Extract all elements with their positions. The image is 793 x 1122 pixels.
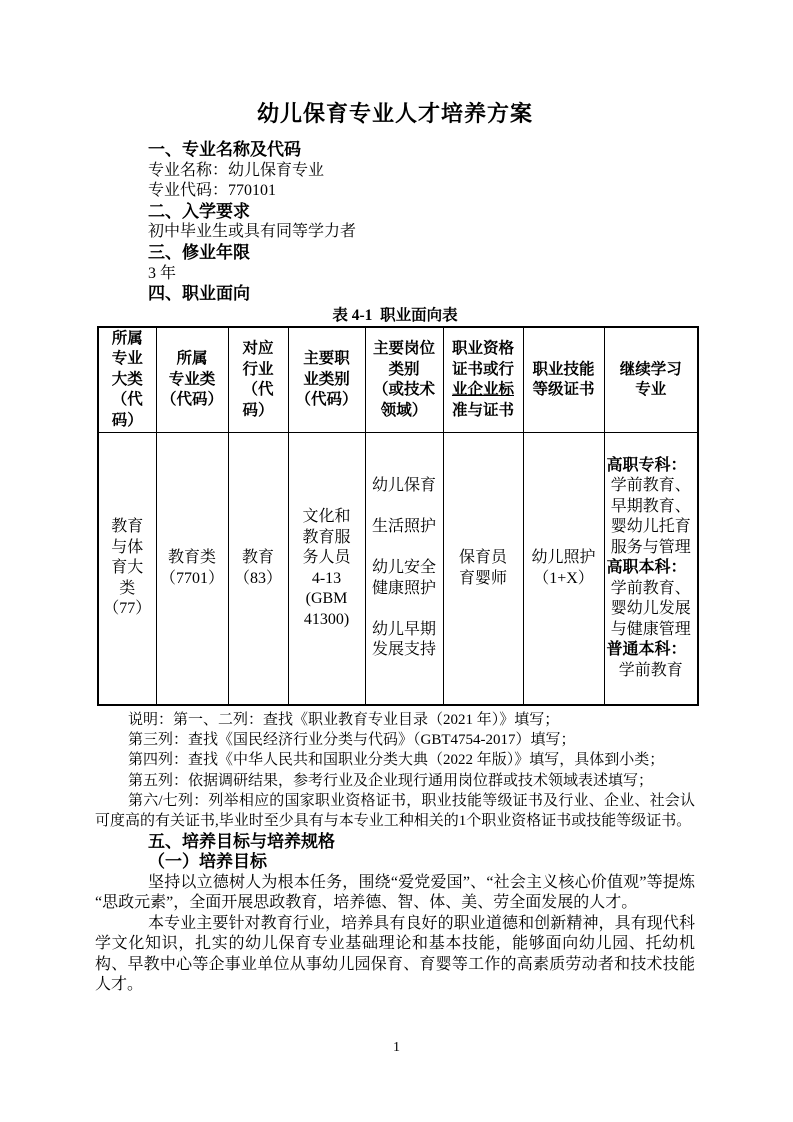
paragraph-training-objective-1: 坚持以立德树人为根本任务，围绕“爱党爱国”、“社会主义核心价值观”等提炼“思政元… [95,873,695,914]
page-number: 1 [0,1040,793,1056]
cell-qualification-certificates: 保育员 育婴师 [443,433,523,705]
cell-skill-level-certificate: 幼儿照护 （1+X） [523,433,604,705]
th-qualification-line-4: 准与证书 [446,401,521,422]
th-further-study-major: 继续学习 专业 [604,327,698,433]
th-industry-code: 对应 行业 （代 码） [228,327,288,433]
paragraph-training-objective-2: 本专业主要针对教育行业，培养具有良好的职业道德和创新精神，具有现代科学文化知识，… [95,914,695,996]
table-note-line: 第四列：查找《中华人民共和国职业分类大典（2022 年版）》填写，具体到小类； [95,750,695,770]
further-study-label: 高职本科： [607,558,696,579]
cell-major-class: 教育类 （7701） [156,433,228,705]
further-study-majors: 学前教育 [619,662,683,679]
heading-section-1: 一、专业名称及代码 [95,140,695,161]
cell-occupation-category: 文化和 教育服 务人员 4-13 (GBM 41300) [288,433,365,705]
table-note-line: 第六/七列：列举相应的国家职业资格证书，职业技能等级证书及行业、企业、社会认可度… [95,791,695,832]
page-title: 幼儿保育专业人才培养方案 [95,100,695,127]
further-study-label: 高职专科： [607,456,696,477]
cell-further-study: 高职专科：学前教育、早期教育、婴幼儿托育服务与管理 高职本科：学前教育、婴幼儿发… [604,433,698,705]
table-note-line: 第五列：依据调研结果，参考行业及企业现行通用岗位群或技术领域表述填写； [95,771,695,791]
major-name-line: 专业名称：幼儿保育专业 [95,161,695,182]
further-study-group-vocational-college: 高职专科：学前教育、早期教育、婴幼儿托育服务与管理 [607,456,696,559]
th-qualification-underlined-line: 业企业标 [446,380,521,401]
th-qualification-certificates: 职业资格 证书或行 业企业标 准与证书 [443,327,523,433]
further-study-group-vocational-bachelor: 高职本科：学前教育、婴幼儿发展与健康管理 [607,558,696,640]
table-note-line: 第三列：查找《国民经济行业分类与代码》（GBT4754-2017）填写； [95,730,695,750]
heading-section-2: 二、入学要求 [95,202,695,223]
heading-section-5: 五、培养目标与培养规格 [95,832,695,853]
heading-section-3: 三、修业年限 [95,243,695,264]
th-skill-level-certificate: 职业技能 等级证书 [523,327,604,433]
page-content: 幼儿保育专业人才培养方案 一、专业名称及代码 专业名称：幼儿保育专业 专业代码：… [0,100,793,996]
further-study-group-regular-bachelor: 普通本科：学前教育 [607,640,696,681]
table-data-row: 教育 与体 育大 类 （77） 教育类 （7701） 教育 （83） 文化和 教… [98,433,698,705]
th-qualification-line-1-2: 职业资格 证书或行 [446,339,521,380]
further-study-label: 普通本科： [607,640,696,661]
admission-requirement-line: 初中毕业生或具有同等学力者 [95,222,695,243]
cell-major-category: 教育 与体 育大 类 （77） [98,433,156,705]
study-years-line: 3 年 [95,264,695,285]
heading-section-4: 四、职业面向 [95,284,695,305]
further-study-majors: 学前教育、婴幼儿发展与健康管理 [611,580,691,638]
major-code-line: 专业代码：770101 [95,181,695,202]
th-occupation-category-code: 主要职 业类别 （代码） [288,327,365,433]
occupation-orientation-table: 所属 专业 大类 （代 码） 所属 专业类 （代码） 对应 行业 （代 码） 主… [97,326,699,706]
table-note-line: 说明：第一、二列：查找《职业教育专业目录（2021 年）》填写； [95,710,695,730]
heading-section-5-sub-1: （一）培养目标 [95,852,695,873]
table-caption: 表 4-1 职业面向表 [95,306,695,325]
th-post-category: 主要岗位 类别 （或技术 领域） [365,327,443,433]
th-major-category-code: 所属 专业 大类 （代 码） [98,327,156,433]
cell-post-category: 幼儿保育 生活照护 幼儿安全 健康照护 幼儿早期 发展支持 [365,433,443,705]
further-study-majors: 学前教育、早期教育、婴幼儿托育服务与管理 [611,477,691,556]
th-major-class-code: 所属 专业类 （代码） [156,327,228,433]
table-header-row: 所属 专业 大类 （代 码） 所属 专业类 （代码） 对应 行业 （代 码） 主… [98,327,698,433]
cell-industry: 教育 （83） [228,433,288,705]
document-page: 幼儿保育专业人才培养方案 一、专业名称及代码 专业名称：幼儿保育专业 专业代码：… [0,0,793,1122]
